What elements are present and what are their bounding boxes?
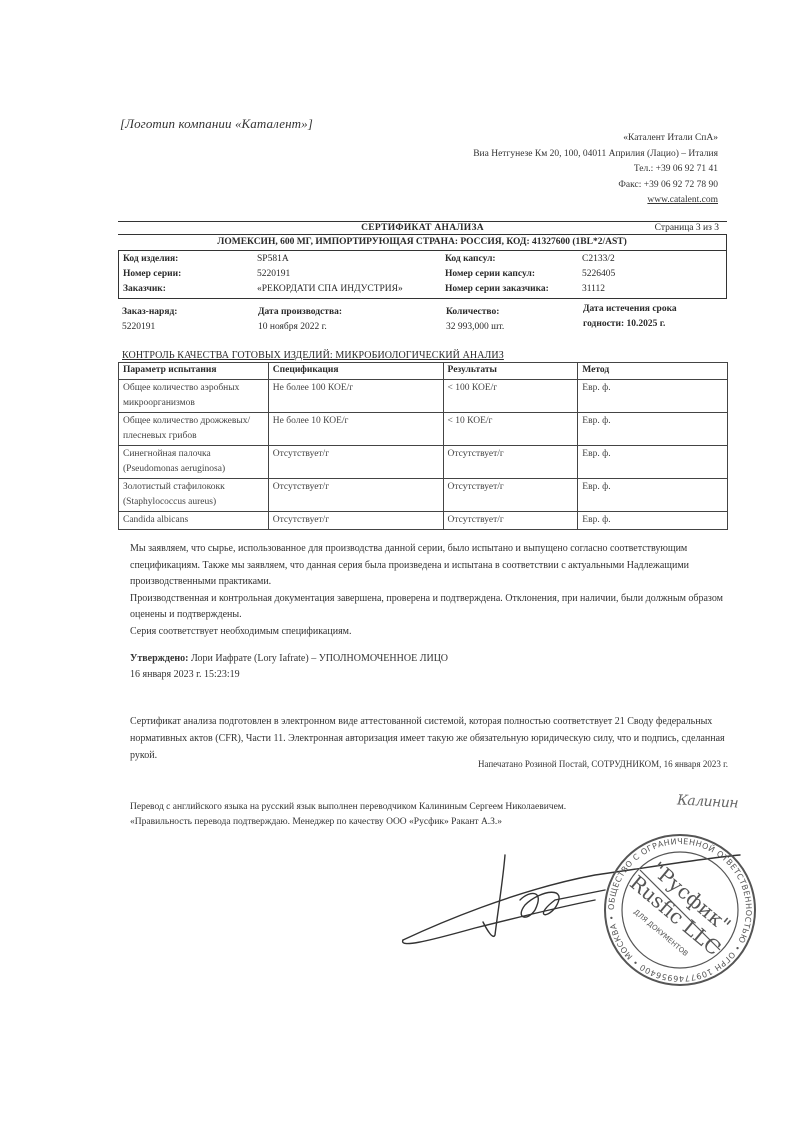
table-row: Общее количество дрожжевых/плесневых гри…: [119, 413, 728, 446]
mfg-date-value: 10 ноября 2022 г.: [258, 320, 342, 335]
method: Евр. ф.: [578, 380, 728, 413]
expiry-block: Дата истечения срока годности: 10.2025 г…: [583, 302, 677, 332]
printed-by: Напечатано Розиной Постай, СОТРУДНИКОМ, …: [478, 759, 728, 769]
certificate-title: СЕРТИФИКАТ АНАЛИЗА: [118, 223, 727, 233]
test-parameter: Золотистый стафилококк (Staphylococcus a…: [119, 479, 269, 512]
capsule-batch-label: Номер серии капсул:: [445, 269, 535, 279]
company-logo-placeholder: [Логотип компании «Каталент»]: [120, 116, 313, 132]
method: Евр. ф.: [578, 479, 728, 512]
declaration-paragraph-1: Мы заявляем, что сырье, использованное д…: [130, 541, 735, 591]
table-row: Общее количество аэробных микроорганизмо…: [119, 380, 728, 413]
declaration-paragraph-2: Производственная и контрольная документа…: [130, 591, 735, 624]
customer-batch-value: 31112: [582, 284, 605, 294]
customer-batch-label: Номер серии заказчика:: [445, 284, 549, 294]
quantity-label: Количество:: [446, 305, 504, 320]
product-line: ЛОМЕКСИН, 600 МГ, ИМПОРТИРУЮЩАЯ СТРАНА: …: [118, 235, 727, 251]
batch-label: Номер серии:: [123, 269, 181, 279]
company-address: Виа Нетгунезе Км 20, 100, 04011 Априлия …: [473, 147, 718, 163]
expiry-value: годности: 10.2025 г.: [583, 317, 677, 332]
capsule-code-value: C2133/2: [582, 254, 615, 264]
approval-person: Лори Иафрате (Lory Iafrate) – УПОЛНОМОЧЕ…: [189, 653, 449, 664]
company-website-link[interactable]: www.catalent.com: [473, 193, 718, 209]
mfg-date-block: Дата производства: 10 ноября 2022 г.: [258, 305, 342, 335]
company-phone: Тел.: +39 06 92 71 41: [473, 162, 718, 178]
result: < 100 КОЕ/г: [443, 380, 578, 413]
specification: Отсутствует/г: [268, 446, 443, 479]
work-order-label: Заказ-наряд:: [122, 305, 177, 320]
table-row: Золотистый стафилококк (Staphylococcus a…: [119, 479, 728, 512]
customer-value: «РЕКОРДАТИ СПА ИНДУСТРИЯ»: [257, 284, 403, 294]
header-results: Результаты: [443, 363, 578, 380]
product-code-label: Код изделия:: [123, 254, 178, 264]
signature-and-stamp: ОБЩЕСТВО С ОГРАНИЧЕННОЙ ОТВЕТСТВЕННОСТЬЮ…: [395, 830, 765, 1020]
batch-value: 5220191: [257, 269, 290, 279]
table-row: Candida albicans Отсутствует/г Отсутству…: [119, 512, 728, 530]
header-test-parameter: Параметр испытания: [119, 363, 269, 380]
translator-signature: Калинин: [677, 792, 739, 811]
method: Евр. ф.: [578, 512, 728, 530]
approval-block: Утверждено: Лори Иафрате (Lory Iafrate) …: [130, 651, 448, 682]
declaration-block: Мы заявляем, что сырье, использованное д…: [130, 541, 735, 640]
certificate-header: СЕРТИФИКАТ АНАЛИЗА Страница 3 из 3 ЛОМЕК…: [118, 221, 727, 299]
approval-label: Утверждено:: [130, 653, 189, 664]
test-parameter: Синегнойная палочка (Pseudomonas aerugin…: [119, 446, 269, 479]
result: Отсутствует/г: [443, 512, 578, 530]
company-contact-block: «Каталент Итали СпА» Виа Нетгунезе Км 20…: [473, 131, 718, 209]
result: Отсутствует/г: [443, 479, 578, 512]
translation-line-2: «Правильность перевода подтверждаю. Мене…: [130, 815, 566, 830]
header-method: Метод: [578, 363, 728, 380]
company-name: «Каталент Итали СпА»: [473, 131, 718, 147]
expiry-label: Дата истечения срока: [583, 302, 677, 317]
method: Евр. ф.: [578, 446, 728, 479]
page-number: Страница 3 из 3: [655, 223, 719, 233]
capsule-code-label: Код капсул:: [445, 254, 496, 264]
company-fax: Факс: +39 06 92 72 78 90: [473, 178, 718, 194]
test-parameter: Общее количество аэробных микроорганизмо…: [119, 380, 269, 413]
qc-table: Параметр испытания Спецификация Результа…: [118, 362, 728, 530]
table-row: Синегнойная палочка (Pseudomonas aerugin…: [119, 446, 728, 479]
work-order-value: 5220191: [122, 320, 177, 335]
mfg-date-label: Дата производства:: [258, 305, 342, 320]
test-parameter: Candida albicans: [119, 512, 269, 530]
quantity-block: Количество: 32 993,000 шт.: [446, 305, 504, 335]
capsule-batch-value: 5226405: [582, 269, 615, 279]
product-code-value: SP581A: [257, 254, 289, 264]
company-stamp-icon: ОБЩЕСТВО С ОГРАНИЧЕННОЙ ОТВЕТСТВЕННОСТЬЮ…: [605, 835, 755, 985]
specification: Не более 100 КОЕ/г: [268, 380, 443, 413]
electronic-signature-notice: Сертификат анализа подготовлен в электро…: [130, 713, 735, 764]
method: Евр. ф.: [578, 413, 728, 446]
translation-note: Перевод с английского языка на русский я…: [130, 800, 566, 829]
work-order-block: Заказ-наряд: 5220191: [122, 305, 177, 335]
approval-datetime: 16 января 2023 г. 15:23:19: [130, 667, 448, 683]
declaration-paragraph-3: Серия соответствует необходимым специфик…: [130, 624, 735, 641]
specification: Не более 10 КОЕ/г: [268, 413, 443, 446]
result: < 10 КОЕ/г: [443, 413, 578, 446]
header-specification: Спецификация: [268, 363, 443, 380]
customer-label: Заказчик:: [123, 284, 166, 294]
specification: Отсутствует/г: [268, 479, 443, 512]
quantity-value: 32 993,000 шт.: [446, 320, 504, 335]
translation-line-1: Перевод с английского языка на русский я…: [130, 800, 566, 815]
qc-table-header: Параметр испытания Спецификация Результа…: [119, 363, 728, 380]
result: Отсутствует/г: [443, 446, 578, 479]
test-parameter: Общее количество дрожжевых/плесневых гри…: [119, 413, 269, 446]
qc-section-title: КОНТРОЛЬ КАЧЕСТВА ГОТОВЫХ ИЗДЕЛИЙ: МИКРО…: [122, 350, 504, 361]
specification: Отсутствует/г: [268, 512, 443, 530]
certificate-title-row: СЕРТИФИКАТ АНАЛИЗА Страница 3 из 3: [118, 221, 727, 235]
product-info-box: Код изделия: SP581A Номер серии: 5220191…: [118, 251, 727, 299]
